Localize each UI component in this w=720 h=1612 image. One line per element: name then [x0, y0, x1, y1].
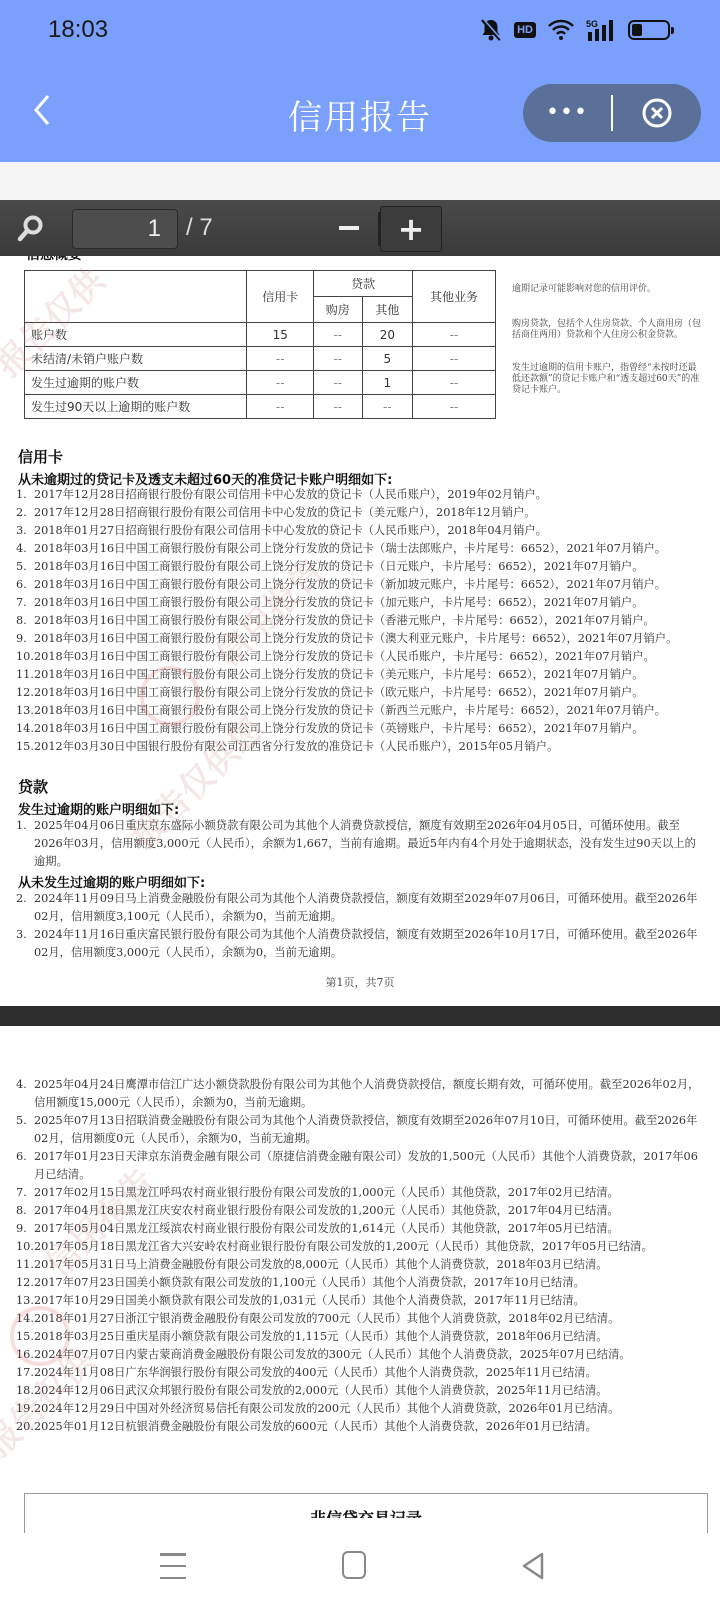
system-navigation-bar	[0, 1533, 720, 1612]
cell-other-business: --	[413, 395, 496, 419]
app-header: 18:03 HD 5G 信用报告 •••	[0, 0, 720, 162]
credit-card-title: 信用卡	[18, 446, 63, 467]
cell-credit-card: --	[247, 347, 314, 371]
loans-normal-list-page2: 4.2025年04月24日鹰潭市信江广达小额贷款股份有限公司为其他个人消费贷款授…	[16, 1076, 716, 1436]
minus-icon	[339, 226, 359, 230]
list-item: 1.2017年12月28日招商银行股份有限公司信用卡中心发放的贷记卡（人民币账户…	[16, 486, 716, 504]
row-label: 未结清/未销户账户数	[25, 347, 247, 371]
list-item: 8.2018年03月16日中国工商银行股份有限公司上饶分行发放的贷记卡（香港元账…	[16, 612, 716, 630]
summary-header-blank	[25, 271, 247, 323]
list-item: 16.2024年07月07日内蒙古蒙商消费金融股份有限公司发放的300元（人民币…	[16, 1346, 716, 1364]
list-item: 10.2017年05月18日黑龙江省大兴安岭农村商业银行股份有限公司发放的1,2…	[16, 1238, 716, 1256]
list-item: 3.2024年11月16日重庆富民银行股份有限公司为其他个人消费贷款授信，额度有…	[16, 926, 716, 962]
summary-header-row: 信用卡 贷款 其他业务	[25, 271, 496, 297]
list-item: 8.2017年04月18日黑龙江庆安农村商业银行股份有限公司发放的1,200元（…	[16, 1202, 716, 1220]
loans-normal-list-page1: 2.2024年11月09日马上消费金融股份有限公司为其他个人消费贷款授信，额度有…	[16, 890, 716, 962]
list-item: 5.2018年03月16日中国工商银行股份有限公司上饶分行发放的贷记卡（日元账户…	[16, 558, 716, 576]
row-label: 账户数	[25, 323, 247, 347]
list-item: 12.2018年03月16日中国工商银行股份有限公司上饶分行发放的贷记卡（欧元账…	[16, 684, 716, 702]
note-housing-loan: 购房贷款，包括个人住房贷款、个人商用房（包括商住两用）贷款和个人住房公积金贷款。	[512, 319, 702, 341]
list-item: 20.2025年01月12日杭银消费金融股份有限公司发放的600元（人民币）其他…	[16, 1418, 716, 1436]
list-item: 14.2018年01月27日浙江宁银消费金融股份有限公司发放的700元（人民币）…	[16, 1310, 716, 1328]
loans-overdue-list: 1.2025年04月06日重庆京东盛际小额贷款有限公司为其他个人消费贷款授信，额…	[16, 817, 716, 871]
close-circle-icon	[641, 97, 673, 129]
list-item: 2.2024年11月09日马上消费金融股份有限公司为其他个人消费贷款授信，额度有…	[16, 890, 716, 926]
mini-program-capsule: •••	[523, 84, 701, 142]
cell-other: 1	[362, 371, 413, 395]
page-number-input[interactable]: 1	[72, 209, 178, 249]
zoom-in-button[interactable]: +	[380, 206, 442, 252]
table-row: 账户数 15 -- 20 --	[25, 323, 496, 347]
wifi-icon	[548, 19, 574, 41]
status-icons: HD 5G	[480, 18, 670, 42]
cell-other-business: --	[413, 371, 496, 395]
search-icon	[16, 214, 46, 244]
list-item: 9.2017年05月04日黑龙江绥滨农村商业银行股份有限公司发放的1,614元（…	[16, 1220, 716, 1238]
cell-other: 20	[362, 323, 413, 347]
list-item: 7.2017年02月15日黑龙江呼玛农村商业银行股份有限公司发放的1,000元（…	[16, 1184, 716, 1202]
list-item: 11.2017年05月31日马上消费金融股份有限公司发放的8,000元（人民币）…	[16, 1256, 716, 1274]
cell-other-business: --	[413, 347, 496, 371]
list-item: 13.2018年03月16日中国工商银行股份有限公司上饶分行发放的贷记卡（新西兰…	[16, 702, 716, 720]
cell-other-business: --	[413, 323, 496, 347]
summary-table: 信用卡 贷款 其他业务 购房 其他 账户数 15 -- 20 -- 未结清/未销…	[24, 270, 496, 419]
cell-credit-card: 15	[247, 323, 314, 347]
list-item: 12.2017年07月23日国美小额贷款有限公司发放的1,100元（人民币）其他…	[16, 1274, 716, 1292]
cell-housing: --	[314, 323, 363, 347]
cell-credit-card: --	[247, 395, 314, 419]
table-row: 发生过90天以上逾期的账户数 -- -- -- --	[25, 395, 496, 419]
header-housing: 购房	[314, 297, 363, 323]
list-item: 2.2017年12月28日招商银行股份有限公司信用卡中心发放的贷记卡（美元账户）…	[16, 504, 716, 522]
list-item: 13.2017年10月29日国美小额贷款有限公司发放的1,031元（人民币）其他…	[16, 1292, 716, 1310]
page-separator	[0, 1006, 720, 1026]
list-item: 11.2018年03月16日中国工商银行股份有限公司上饶分行发放的贷记卡（美元账…	[16, 666, 716, 684]
non-credit-records-table: 非信贷交易记录	[24, 1493, 708, 1533]
list-item: 7.2018年03月16日中国工商银行股份有限公司上饶分行发放的贷记卡（加元账户…	[16, 594, 716, 612]
loans-normal-subtitle: 从未发生过逾期的账户明细如下:	[18, 872, 205, 891]
list-item: 14.2018年03月16日中国工商银行股份有限公司上饶分行发放的贷记卡（英镑账…	[16, 720, 716, 738]
list-item: 6.2017年01月23日天津京东消费金融有限公司（原捷信消费金融有限公司）发放…	[16, 1148, 716, 1184]
header-other-business: 其他业务	[413, 271, 496, 323]
menu-icon[interactable]	[160, 1553, 186, 1579]
row-label: 发生过90天以上逾期的账户数	[25, 395, 247, 419]
page-footer: 第1页，共7页	[0, 974, 720, 990]
list-item: 19.2024年12月29日中国对外经济贸易信托有限公司发放的200元（人民币）…	[16, 1400, 716, 1418]
hd-icon: HD	[514, 22, 536, 38]
loans-title: 贷款	[18, 776, 48, 797]
cell-housing: --	[314, 347, 363, 371]
loans-overdue-subtitle: 发生过逾期的账户明细如下:	[18, 799, 179, 818]
list-item: 6.2018年03月16日中国工商银行股份有限公司上饶分行发放的贷记卡（新加坡元…	[16, 576, 716, 594]
list-item: 17.2024年11月08日广东华润银行股份有限公司发放的400元（人民币）其他…	[16, 1364, 716, 1382]
row-label: 发生过逾期的账户数	[25, 371, 247, 395]
list-item: 9.2018年03月16日中国工商银行股份有限公司上饶分行发放的贷记卡（澳大利亚…	[16, 630, 716, 648]
table-row: 未结清/未销户账户数 -- -- 5 --	[25, 347, 496, 371]
note-overdue-card: 发生过逾期的信用卡账户，指曾经“未按时还最低还款额”的贷记卡账户和“透支超过60…	[512, 363, 702, 396]
cell-housing: --	[314, 395, 363, 419]
svg-text:5G: 5G	[586, 19, 598, 29]
close-button[interactable]	[613, 97, 701, 129]
list-item: 18.2024年12月06日武汉众邦银行股份有限公司发放的2,000元（人民币）…	[16, 1382, 716, 1400]
credit-card-list: 1.2017年12月28日招商银行股份有限公司信用卡中心发放的贷记卡（人民币账户…	[16, 486, 716, 756]
non-credit-records-title: 非信贷交易记录	[25, 1506, 707, 1518]
pdf-toolbar: 1 / 7 +	[0, 200, 720, 256]
battery-icon	[628, 20, 670, 40]
page-total: / 7	[186, 214, 213, 242]
cell-credit-card: --	[247, 371, 314, 395]
list-item: 1.2025年04月06日重庆京东盛际小额贷款有限公司为其他个人消费贷款授信，额…	[16, 817, 716, 871]
note-overdue: 逾期记录可能影响对您的信用评价。	[512, 284, 702, 295]
list-item: 3.2018年01月27日招商银行股份有限公司信用卡中心发放的贷记卡（人民币账户…	[16, 522, 716, 540]
home-icon[interactable]	[342, 1551, 366, 1579]
cell-other: 5	[362, 347, 413, 371]
header-other: 其他	[362, 297, 413, 323]
pdf-search-button[interactable]	[16, 214, 46, 248]
list-item: 4.2018年03月16日中国工商银行股份有限公司上饶分行发放的贷记卡（瑞士法郎…	[16, 540, 716, 558]
more-button[interactable]: •••	[523, 84, 611, 142]
bell-muted-icon	[480, 18, 502, 42]
cell-other: --	[362, 395, 413, 419]
5g-signal-icon: 5G	[586, 18, 616, 42]
header-loan: 贷款	[314, 271, 413, 297]
list-item: 5.2025年07月13日招联消费金融股份有限公司为其他个人消费贷款授信，额度有…	[16, 1112, 716, 1148]
status-time: 18:03	[48, 16, 108, 44]
summary-notes: 逾期记录可能影响对您的信用评价。 购房贷款，包括个人住房贷款、个人商用房（包括商…	[512, 284, 702, 420]
list-item: 15.2018年03月25日重庆星雨小额贷款有限公司发放的1,115元（人民币）…	[16, 1328, 716, 1346]
back-triangle-icon[interactable]	[520, 1551, 546, 1585]
list-item: 10.2018年03月16日中国工商银行股份有限公司上饶分行发放的贷记卡（人民币…	[16, 648, 716, 666]
table-row: 发生过逾期的账户数 -- -- 1 --	[25, 371, 496, 395]
list-item: 15.2012年03月30日中国银行股份有限公司江西省分行发放的准贷记卡（人民币…	[16, 738, 716, 756]
cell-housing: --	[314, 371, 363, 395]
list-item: 4.2025年04月24日鹰潭市信江广达小额贷款股份有限公司为其他个人消费贷款授…	[16, 1076, 716, 1112]
header-credit-card: 信用卡	[247, 271, 314, 323]
zoom-out-button[interactable]	[336, 218, 362, 238]
header-spacer	[0, 162, 720, 200]
